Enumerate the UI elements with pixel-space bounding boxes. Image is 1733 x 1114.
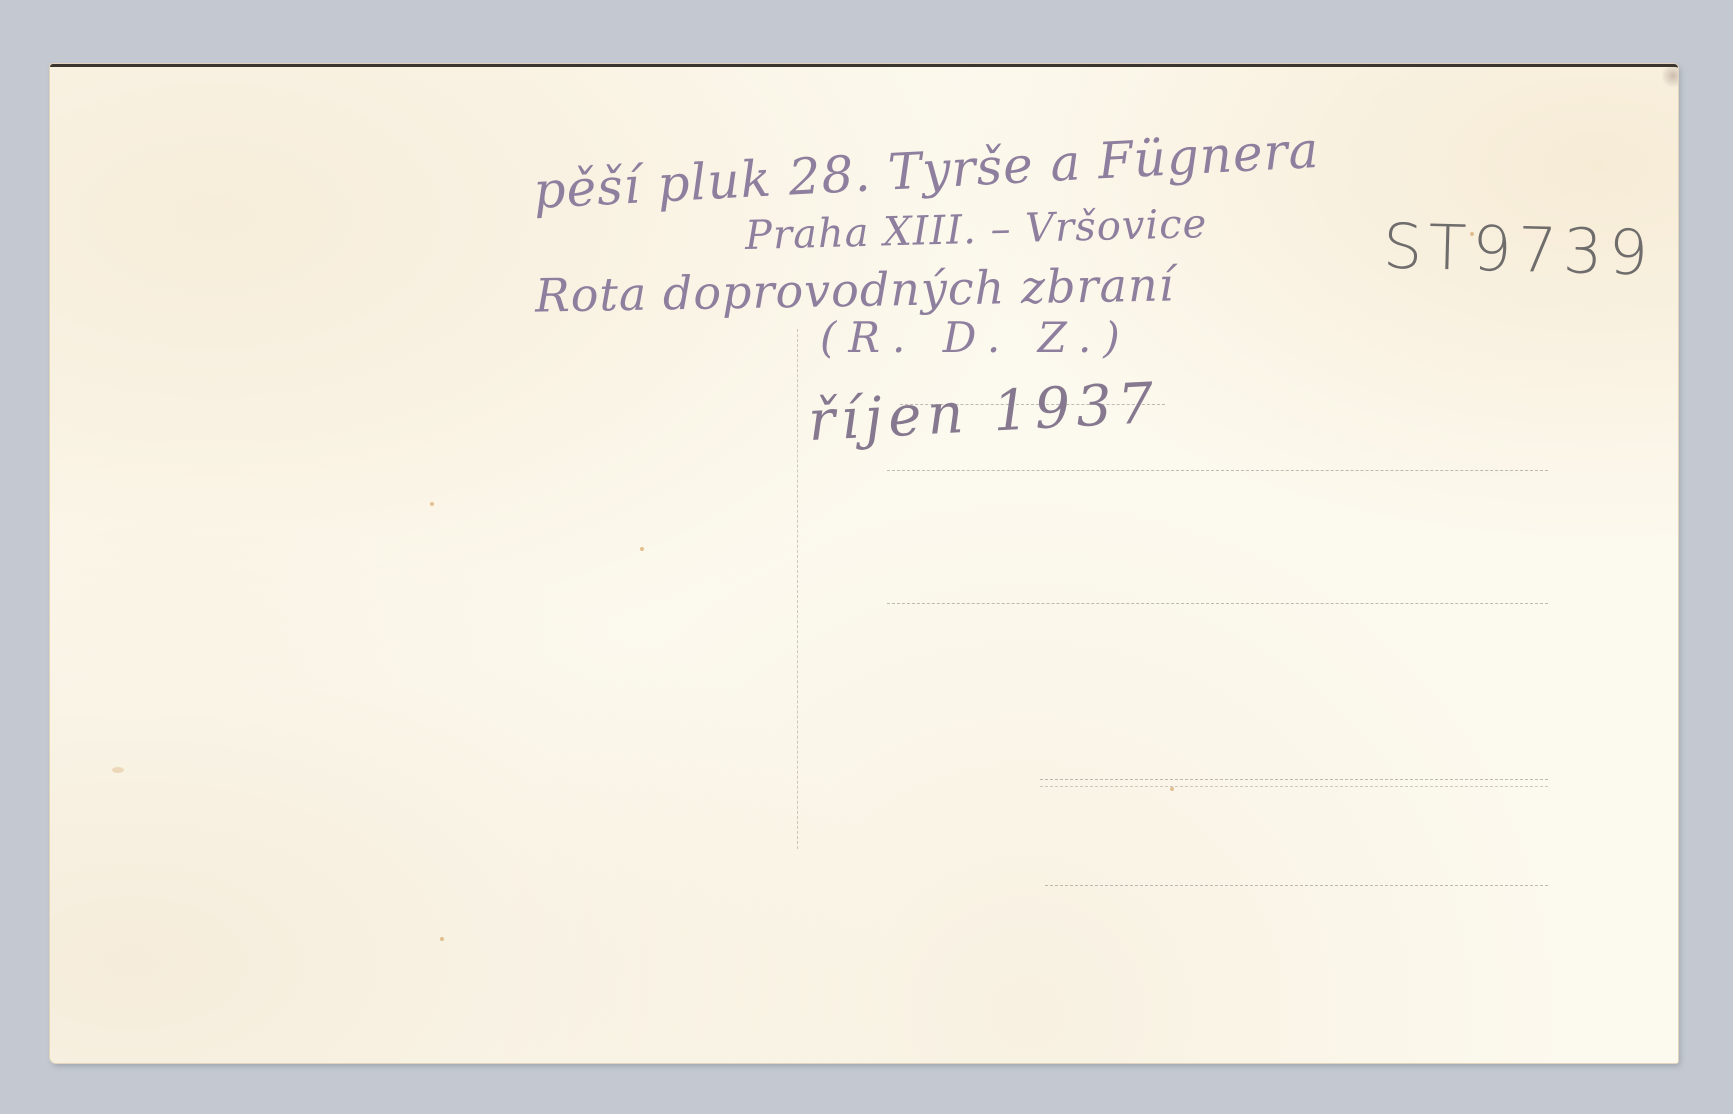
foxing-spot: [440, 937, 444, 941]
center-divider-line: [797, 329, 798, 849]
foxing-spot: [640, 547, 644, 551]
handwritten-date: říjen 1937: [807, 371, 1161, 454]
address-line-3: [1040, 779, 1548, 787]
address-line-4: [1045, 885, 1548, 886]
postcard-back: pěší pluk 28. Tyrše a Fügnera Praha XIII…: [50, 64, 1678, 1063]
address-line-1: [887, 470, 1548, 471]
foxing-spot: [112, 767, 124, 773]
worn-corner: [1662, 67, 1678, 89]
inventory-code: ST9739: [1382, 209, 1655, 289]
foxing-spot: [430, 502, 434, 506]
foxing-spot: [1170, 787, 1174, 791]
foxing-spot: [1470, 232, 1474, 236]
handwritten-location: Praha XIII. – Vršovice: [744, 201, 1207, 259]
handwritten-abbreviation: (R. D. Z.): [820, 313, 1132, 362]
address-line-2: [887, 603, 1548, 604]
